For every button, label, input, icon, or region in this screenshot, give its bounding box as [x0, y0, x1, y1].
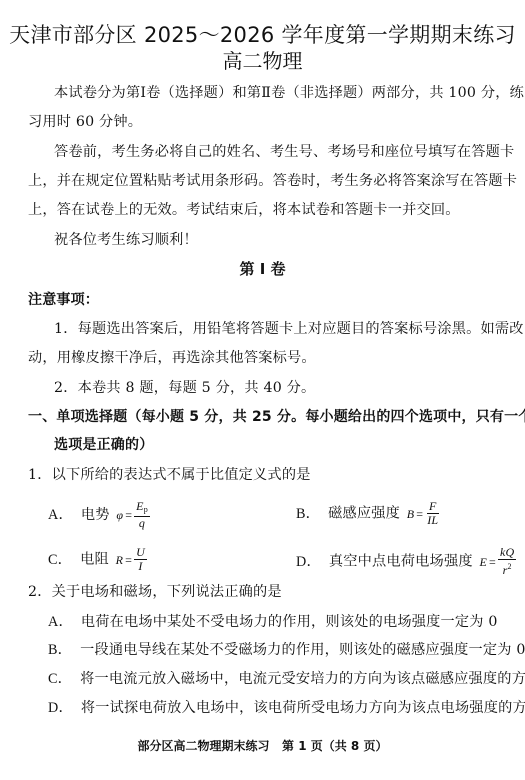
intro-paragraph-1-line-2: 习用时 60 分钟。 — [28, 113, 142, 131]
numerator: E — [136, 499, 144, 513]
intro-paragraph-2-line-1: 答卷前，考生务必将自己的姓名、考生号、考场号和座位号填写在答题卡 — [54, 143, 514, 161]
section-1-heading-line-1: 一、单项选择题（每小题 5 分，共 25 分。每小题给出的四个选项中，只有一个 — [28, 408, 525, 426]
option-label: A． — [48, 507, 73, 523]
option-label: D． — [296, 554, 321, 570]
option-label: C． — [48, 671, 72, 687]
exam-page: 天津市部分区 2025～2026 学年度第一学期期末练习 高二物理 本试卷分为第… — [0, 0, 525, 780]
question-2-option-a[interactable]: A．电荷在电场中某处不受电场力的作用，则该处的电场强度一定为 0 — [48, 613, 498, 631]
formula: B= F IL — [407, 500, 441, 527]
formula-lhs: φ — [116, 506, 123, 524]
question-1-option-b[interactable]: B．磁感应强度 B= F IL — [296, 500, 440, 527]
fraction: F IL — [425, 500, 440, 527]
question-1-option-a[interactable]: A．电势 φ= Ep q — [48, 500, 150, 530]
option-text: 将一试探电荷放入电场中，该电荷所受电场力方向为该点电场强度的方向 — [81, 700, 525, 716]
formula-lhs: R — [116, 551, 124, 569]
section-1-heading-line-2: 选项是正确的） — [54, 436, 153, 454]
option-text: 将一电流元放入磁场中，电流元受安培力的方向为该点磁感应强度的方向 — [80, 671, 525, 687]
question-2-stem: 2．关于电场和磁场，下列说法正确的是 — [28, 583, 282, 601]
option-text: 一段通电导线在某处不受磁场力的作用，则该处的磁感应强度一定为 0 — [80, 642, 525, 658]
denominator: IL — [425, 514, 440, 527]
fraction: kQ r2 — [498, 546, 516, 577]
option-text: 磁感应强度 — [328, 506, 400, 522]
question-2-option-b[interactable]: B．一段通电导线在某处不受磁场力的作用，则该处的磁感应强度一定为 0 — [48, 641, 525, 659]
numerator-subscript: p — [144, 505, 148, 514]
denominator-superscript: 2 — [507, 562, 511, 571]
option-text: 真空中点电荷电场强度 — [329, 554, 473, 570]
formula: E= kQ r2 — [479, 546, 516, 577]
formula: φ= Ep q — [116, 500, 150, 530]
notice-1-line-1: 1．每题选出答案后，用铅笔将答题卡上对应题目的答案标号涂黑。如需改 — [54, 320, 524, 338]
intro-paragraph-2-line-2: 上，并在规定位置粘贴考试用条形码。答卷时，考生务必将答案涂写在答题卡 — [28, 172, 517, 190]
denominator: I — [136, 560, 144, 573]
option-label: C． — [48, 552, 72, 568]
intro-paragraph-1-line-1: 本试卷分为第Ⅰ卷（选择题）和第Ⅱ卷（非选择题）两部分，共 100 分，练 — [54, 84, 524, 102]
option-text: 电荷在电场中某处不受电场力的作用，则该处的电场强度一定为 0 — [81, 614, 498, 630]
exam-title: 天津市部分区 2025～2026 学年度第一学期期末练习 — [0, 22, 525, 48]
formula: R= U I — [116, 546, 147, 573]
option-label: A． — [48, 614, 73, 630]
question-1-option-c[interactable]: C．电阻 R= U I — [48, 546, 147, 573]
numerator: F — [427, 500, 439, 514]
option-label: B． — [48, 642, 72, 658]
numerator: kQ — [498, 546, 516, 560]
fraction: U I — [134, 546, 147, 573]
formula-lhs: E — [479, 553, 487, 571]
notice-2: 2．本卷共 8 题，每题 5 分，共 40 分。 — [54, 379, 315, 397]
intro-paragraph-2-line-3: 上，答在试卷上的无效。考试结束后，将本试卷和答题卡一并交回。 — [28, 201, 460, 219]
option-label: D． — [48, 700, 73, 716]
option-text: 电阻 — [80, 552, 109, 568]
option-text: 电势 — [81, 507, 110, 523]
volume-1-heading: 第 Ⅰ 卷 — [0, 260, 525, 278]
notice-1-line-2: 动，用橡皮擦干净后，再选涂其他答案标号。 — [28, 349, 316, 367]
intro-wish: 祝各位考生练习顺利！ — [54, 231, 198, 249]
question-2-option-d[interactable]: D．将一试探电荷放入电场中，该电荷所受电场力方向为该点电场强度的方向 — [48, 699, 525, 717]
exam-subject: 高二物理 — [0, 49, 525, 73]
question-2-option-c[interactable]: C．将一电流元放入磁场中，电流元受安培力的方向为该点磁感应强度的方向 — [48, 670, 525, 688]
page-footer: 部分区高二物理期末练习 第 1 页（共 8 页） — [0, 738, 525, 754]
formula-lhs: B — [407, 505, 415, 523]
question-1-stem: 1．以下所给的表达式不属于比值定义式的是 — [28, 466, 311, 484]
numerator: U — [134, 546, 147, 560]
notice-heading: 注意事项： — [28, 291, 99, 309]
fraction: Ep q — [134, 500, 150, 530]
denominator: q — [137, 517, 147, 530]
question-1-option-d[interactable]: D．真空中点电荷电场强度 E= kQ r2 — [296, 546, 516, 577]
option-label: B． — [296, 506, 320, 522]
